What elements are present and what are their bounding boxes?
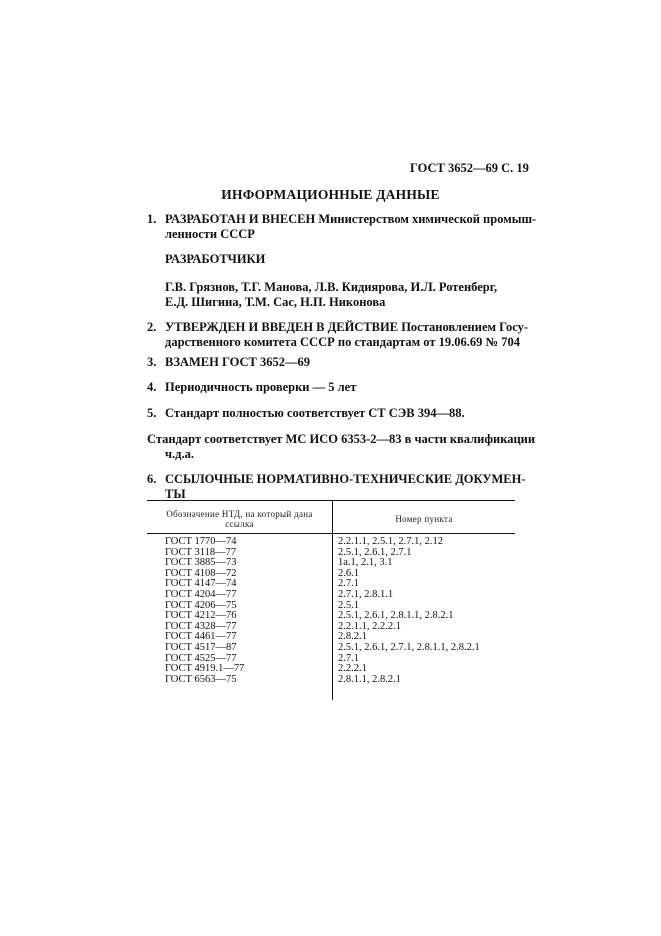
section-2-lead: УТВЕРЖДЕН И ВВЕДЕН В ДЕЙСТВИЕ	[165, 320, 398, 334]
section-1: 1.РАЗРАБОТАН И ВНЕСЕН Министерством хими…	[147, 212, 536, 241]
developers-heading: РАЗРАБОТЧИКИ	[165, 252, 265, 267]
table-row: ГОСТ 6563—752.8.1.1, 2.8.2.1	[147, 675, 515, 686]
table-body: ГОСТ 1770—742.2.1.1, 2.5.1, 2.7.1, 2.12 …	[147, 537, 515, 685]
table-row: ГОСТ 4517—872.5.1, 2.6.1, 2.7.1, 2.8.1.1…	[147, 643, 515, 654]
document-page: ГОСТ 3652—69 С. 19 ИНФОРМАЦИОННЫЕ ДАННЫЕ…	[0, 0, 661, 936]
section-2: 2.УТВЕРЖДЕН И ВВЕДЕН В ДЕЙСТВИЕ Постанов…	[147, 320, 528, 349]
page-title: ИНФОРМАЦИОННЫЕ ДАННЫЕ	[0, 187, 661, 203]
table-header-clause: Номер пункта	[333, 514, 515, 524]
table-row: ГОСТ 1770—742.2.1.1, 2.5.1, 2.7.1, 2.12	[147, 537, 515, 548]
section-5: 5.Стандарт полностью соответствует СТ СЭ…	[147, 406, 465, 421]
running-head: ГОСТ 3652—69 С. 19	[410, 161, 529, 176]
table-header-designation: Обозначение НТД, на который дана ссылка	[147, 509, 332, 529]
section-4: 4.Периодичность проверки — 5 лет	[147, 380, 356, 395]
section-6: 6.ССЫЛОЧНЫЕ НОРМАТИВНО-ТЕХНИЧЕСКИЕ ДОКУМ…	[147, 472, 526, 501]
developers-list: Г.В. Грязнов, Т.Г. Манова, Л.В. Кидияров…	[165, 280, 497, 310]
conformity-note: Стандарт соответствует МС ИСО 6353-2—83 …	[147, 432, 535, 461]
section-3: 3.ВЗАМЕН ГОСТ 3652—69	[147, 355, 310, 370]
table-row: ГОСТ 4204—772.7.1, 2.8.1.1	[147, 590, 515, 601]
section-1-lead: РАЗРАБОТАН И ВНЕСЕН	[165, 212, 315, 226]
table-top-border	[147, 500, 515, 501]
table-header-border	[147, 533, 515, 534]
